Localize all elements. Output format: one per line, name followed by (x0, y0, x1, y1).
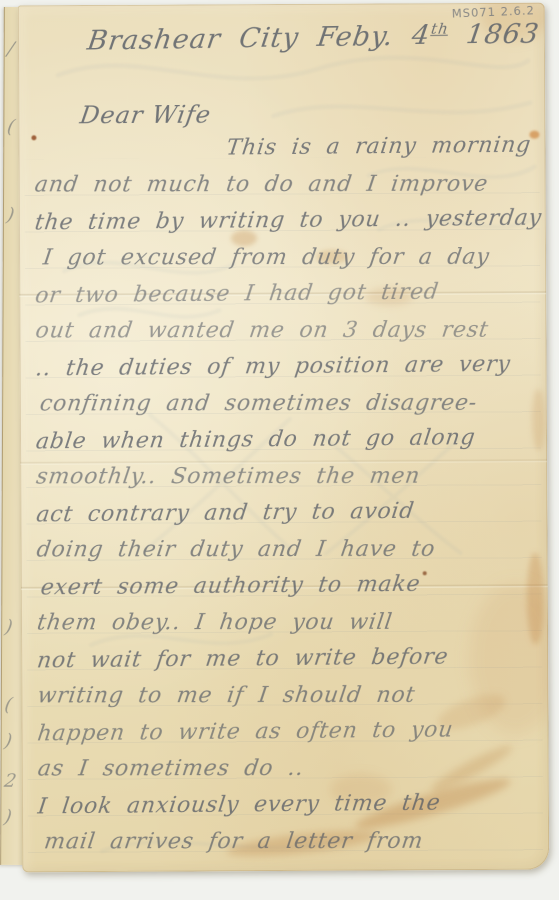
salutation: Dear Wife (78, 100, 213, 129)
letter-line: them obey.. I hope you will (27, 604, 545, 641)
dateline-year: 1863 (446, 18, 542, 50)
edge-stroke: ( (5, 117, 16, 138)
letter-line: mail arrives for a letter from (28, 823, 546, 860)
letter-line: doing their duty and I have to (26, 531, 544, 568)
letter-line: out and wanted me on 3 days rest (25, 312, 543, 349)
edge-stroke: ) (3, 731, 14, 752)
edge-stroke: ) (3, 617, 14, 638)
dateline-text: Brashear City Feby. 4 (85, 20, 432, 56)
letter-line: confining and sometimes disagree- (25, 385, 543, 422)
letter-line: the time by writing to you .. yesterday (24, 201, 542, 242)
letter-line: not wait for me to write before (27, 639, 545, 680)
edge-stroke: ) (2, 807, 13, 828)
letter-line: or two because I had got tired (25, 274, 543, 315)
letter-line: writing to me if I should not (27, 677, 545, 714)
edge-stroke: ( (3, 695, 14, 716)
letter-line: act contrary and try to avoid (26, 493, 544, 534)
letter-page: MS071 2.6.2 Brashear City Feby. 4th 1863… (18, 3, 550, 873)
letter-line: I got excused from duty for a day (25, 239, 543, 276)
letter-line: and not much to do and I improve (24, 166, 542, 203)
letter-line: .. the duties of my position are very (25, 347, 543, 388)
edge-stroke: 2 (3, 771, 18, 792)
letter-line: smoothly.. Sometimes the men (26, 458, 544, 495)
edge-stroke: ) (5, 205, 16, 226)
letter-line: as I sometimes do .. (27, 750, 545, 787)
edge-stroke: / (6, 39, 16, 60)
letter-body: This is a rainy morning and not much to … (26, 129, 543, 862)
letter-line: exert some authority to make (26, 566, 544, 607)
letter-line: able when things do not go along (25, 420, 543, 461)
letter-line: This is a rainy morning (24, 128, 542, 169)
letter-line: I look anxiously every time the (27, 785, 545, 826)
scan-background: / ( ) ) ( ) 2 ) (0, 0, 559, 900)
letter-line: happen to write as often to you (27, 712, 545, 753)
